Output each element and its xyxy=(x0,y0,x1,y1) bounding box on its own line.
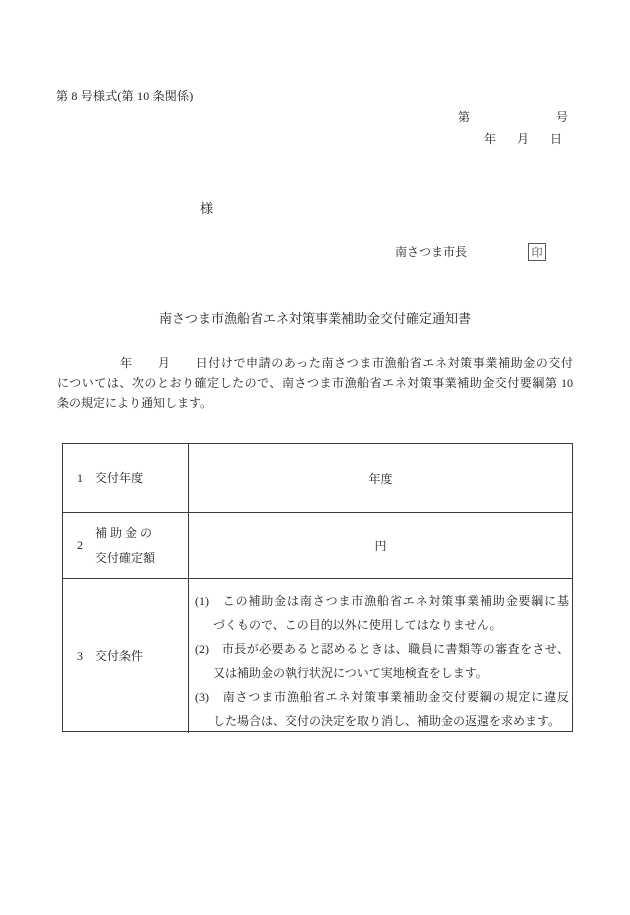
row3-number: 3 xyxy=(77,649,83,664)
row1-number: 1 xyxy=(77,471,83,486)
row3-label-cell: 3 交付条件 xyxy=(63,579,189,733)
body-paragraph: 年 月 日付けで申請のあった南さつま市漁船省エネ対策事業補助金の交付 については… xyxy=(57,353,573,413)
row2-label-cell: 2 補 助 金 の交付確定額 xyxy=(63,513,189,578)
body-line-1: 年 月 日付けで申請のあった南さつま市漁船省エネ対策事業補助金の交付 xyxy=(57,353,573,373)
document-page: 第 8 号様式(第 10 条関係) 第 号 年 月 日 様 南さつま市長 印 南… xyxy=(0,0,630,915)
condition-2-line-2: 又は補助金の執行状況について実地検査をします。 xyxy=(195,661,569,685)
body-line-3: 条の規定により通知します。 xyxy=(57,393,573,413)
doc-number-suffix: 号 xyxy=(556,108,568,125)
row2-label-line2: 交付確定額 xyxy=(95,551,155,565)
row1-label-cell: 1 交付年度 xyxy=(63,444,189,512)
body-line-2: については、次のとおり確定したので、南さつま市漁船省エネ対策事業補助金交付要綱第… xyxy=(57,373,573,393)
sender-title: 南さつま市長 xyxy=(395,243,467,260)
date-day-label: 日 xyxy=(550,130,562,147)
conditions-list: (1) この補助金は南さつま市漁船省エネ対策事業補助金要綱に基 づくもので、この… xyxy=(189,579,572,733)
table-row-fiscal-year: 1 交付年度 年度 xyxy=(63,444,572,512)
row1-value-cell: 年度 xyxy=(189,444,572,512)
document-number-line: 第 号 xyxy=(458,108,568,125)
row2-value: 円 xyxy=(374,537,386,554)
condition-2-line-1: (2) 市長が必要あると認めるときは、職員に書類等の審査をさせ、 xyxy=(195,637,569,661)
condition-1-line-2: づくもので、この目的以外に使用してはなりません。 xyxy=(195,613,569,637)
condition-1-line-1: (1) この補助金は南さつま市漁船省エネ対策事業補助金要綱に基 xyxy=(195,589,569,613)
row2-number: 2 xyxy=(77,538,83,553)
row1-label: 交付年度 xyxy=(95,466,143,491)
condition-3-line-2: した場合は、交付の決定を取り消し、補助金の返還を求めます。 xyxy=(195,709,569,733)
notice-table: 1 交付年度 年度 2 補 助 金 の交付確定額 円 3 交付条件 xyxy=(62,443,573,732)
recipient-honorific: 様 xyxy=(200,198,213,217)
row1-value: 年度 xyxy=(368,470,392,487)
date-month-label: 月 xyxy=(517,130,529,147)
date-line: 年 月 日 xyxy=(484,130,562,147)
document-title: 南さつま市漁船省エネ対策事業補助金交付確定通知書 xyxy=(0,308,630,327)
form-number: 第 8 号様式(第 10 条関係) xyxy=(56,87,193,104)
row3-value-cell: (1) この補助金は南さつま市漁船省エネ対策事業補助金要綱に基 づくもので、この… xyxy=(189,579,572,733)
row3-label: 交付条件 xyxy=(95,644,143,669)
table-row-conditions: 3 交付条件 (1) この補助金は南さつま市漁船省エネ対策事業補助金要綱に基 づ… xyxy=(63,578,572,731)
seal-placeholder-icon: 印 xyxy=(528,243,546,261)
table-row-subsidy-amount: 2 補 助 金 の交付確定額 円 xyxy=(63,512,572,578)
doc-number-prefix: 第 xyxy=(458,108,470,125)
date-year-label: 年 xyxy=(484,130,496,147)
row2-label: 補 助 金 の交付確定額 xyxy=(95,521,155,571)
condition-3-line-1: (3) 南さつま市漁船省エネ対策事業補助金交付要綱の規定に違反 xyxy=(195,685,569,709)
row2-label-line1: 補 助 金 の xyxy=(95,526,152,540)
row2-value-cell: 円 xyxy=(189,513,572,578)
